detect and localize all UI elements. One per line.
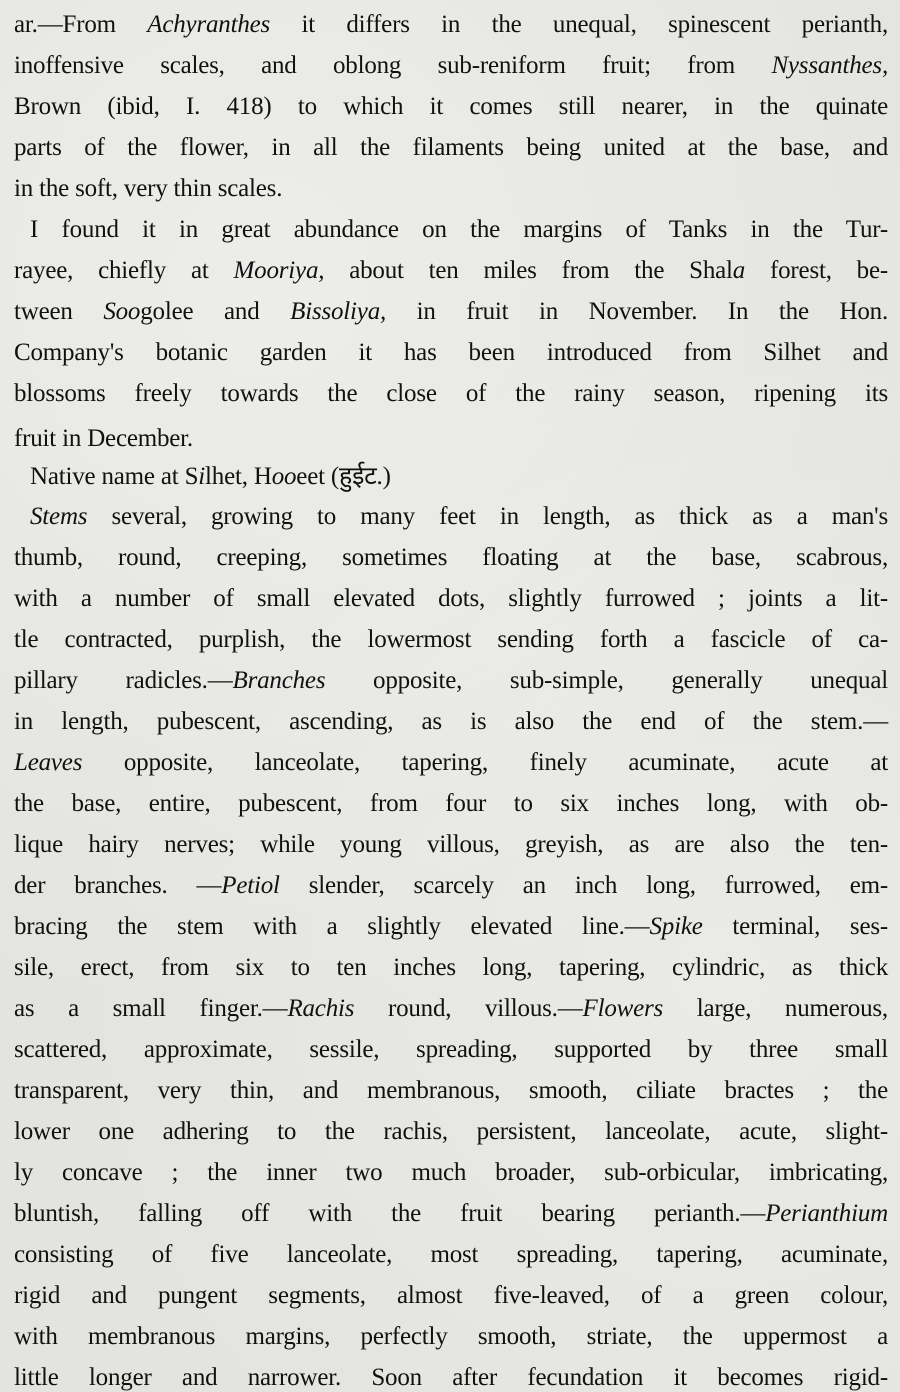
text-run: golee and [140, 298, 290, 325]
text-run: consisting of five lanceolate, most spre… [14, 1241, 888, 1268]
text-run: forest, be- [745, 257, 888, 284]
text-line: Company's botanic garden it has been int… [14, 338, 888, 368]
text-run: as a small finger.— [14, 995, 287, 1022]
text-line: with membranous margins, perfectly smoot… [14, 1322, 888, 1352]
text-run: fruit in December. [14, 425, 193, 452]
text-line: inoffensive scales, and oblong sub-renif… [14, 51, 888, 81]
text-line: scattered, approximate, sessile, spreadi… [14, 1035, 888, 1065]
text-run: bluntish, falling off with the fruit bea… [14, 1200, 765, 1227]
text-run: ly concave ; the inner two much broader,… [14, 1159, 888, 1186]
text-line: in the soft, very thin scales. [14, 174, 888, 204]
text-line: ar.—From Achyranthes it differs in the u… [14, 10, 888, 40]
text-run: the base, entire, pubescent, from four t… [14, 790, 888, 817]
text-line: fruit in December. [14, 424, 888, 454]
text-run: der branches. — [14, 872, 221, 899]
text-run: sile, erect, from six to ten inches long… [14, 954, 888, 981]
text-line: as a small finger.—Rachis round, villous… [14, 994, 888, 1024]
text-run: opposite, sub-simple, generally unequal [325, 667, 888, 694]
text-run: pillary radicles.— [14, 667, 233, 694]
text-run: inoffensive scales, and oblong sub-renif… [14, 52, 771, 79]
text-run: I found it in great abundance on the mar… [30, 216, 888, 243]
text-run: Company's botanic garden it has been int… [14, 339, 888, 366]
text-run: lhet, H [205, 463, 272, 490]
italic-term: Moo‌riya, [234, 257, 325, 284]
text-run: rigid and pungent segments, almost five-… [14, 1282, 888, 1309]
italic-term: Flowers [583, 995, 664, 1022]
text-run: Native name at S [30, 463, 198, 490]
text-run: parts of the flower, in all the filament… [14, 134, 888, 161]
text-line: blossoms freely towards the close of the… [14, 379, 888, 409]
text-run: tle contracted, purplish, the lowermost … [14, 626, 888, 653]
text-run: little longer and narrower. Soon after f… [14, 1364, 888, 1391]
text-line: Brown (ibid, I. 418) to which it comes s… [14, 92, 888, 122]
text-line: transparent, very thin, and membranous, … [14, 1076, 888, 1106]
text-line: in length, pubescent, ascending, as is a… [14, 707, 888, 737]
italic-term: Stems [30, 503, 87, 530]
text-run: ar.—From [14, 11, 147, 38]
text-run: opposite, lanceolate, tapering, finely a… [82, 749, 888, 776]
text-run: lique hairy nerves; while young villous,… [14, 831, 888, 858]
text-run: transparent, very thin, and membranous, … [14, 1077, 888, 1104]
text-line: tween Soogolee and Bissoliya, in fruit i… [14, 297, 888, 327]
text-line: with a number of small elevated dots, sl… [14, 584, 888, 614]
text-line: the base, entire, pubescent, from four t… [14, 789, 888, 819]
text-run: lower one adhering to the rachis, persis… [14, 1118, 888, 1145]
text-run: it differs in the unequal, spinescent pe… [270, 11, 888, 38]
italic-term: Rachis [287, 995, 354, 1022]
text-run: in fruit in November. In the Hon. [386, 298, 888, 325]
text-line: pillary radicles.—Branches opposite, sub… [14, 666, 888, 696]
text-line: Native name at Silhet, Hooeet (हुईट.) [30, 462, 888, 492]
text-run: thumb, round, creeping, sometimes floati… [14, 544, 888, 571]
italic-term: Leaves [14, 749, 82, 776]
text-run: scattered, approximate, sessile, spreadi… [14, 1036, 888, 1063]
italic-term: Soo [103, 298, 140, 325]
text-run: bracing the stem with a slightly elevate… [14, 913, 649, 940]
text-line: lique hairy nerves; while young villous,… [14, 830, 888, 860]
text-line: tle contracted, purplish, the lowermost … [14, 625, 888, 655]
text-run: several, growing to many feet in length,… [87, 503, 888, 530]
text-run: with a number of small elevated dots, sl… [14, 585, 888, 612]
text-line: lower one adhering to the rachis, persis… [14, 1117, 888, 1147]
italic-term: Achyranthes [147, 11, 270, 38]
italic-term: Branches [233, 667, 326, 694]
text-run: in the soft, very thin scales. [14, 175, 282, 202]
text-run: large, numerous, [663, 995, 888, 1022]
text-run: terminal, ses- [703, 913, 888, 940]
italic-term: oo [272, 463, 297, 490]
scanned-page: ar.—From Achyranthes it differs in the u… [0, 0, 900, 1392]
text-line: Stems several, growing to many feet in l… [30, 502, 888, 532]
text-run: slender, scarcely an inch long, furrowed… [280, 872, 888, 899]
text-run: Brown (ibid, I. 418) to which it comes s… [14, 93, 888, 120]
text-line: little longer and narrower. Soon after f… [14, 1363, 888, 1392]
text-line: rigid and pungent segments, almost five-… [14, 1281, 888, 1311]
text-run: eet (हुईट.) [296, 463, 390, 490]
text-line: der branches. —Petiol slender, scarcely … [14, 871, 888, 901]
text-run: in length, pubescent, ascending, as is a… [14, 708, 888, 735]
italic-term: a [733, 257, 745, 284]
text-line: rayee, chiefly at Moo‌riya, about ten mi… [14, 256, 888, 286]
italic-term: Bissoliya, [290, 298, 386, 325]
italic-term: Spike [649, 913, 702, 940]
text-line: bluntish, falling off with the fruit bea… [14, 1199, 888, 1229]
text-line: bracing the stem with a slightly elevate… [14, 912, 888, 942]
text-line: ly concave ; the inner two much broader,… [14, 1158, 888, 1188]
text-line: Leaves opposite, lanceolate, tapering, f… [14, 748, 888, 778]
text-line: consisting of five lanceolate, most spre… [14, 1240, 888, 1270]
text-line: parts of the flower, in all the filament… [14, 133, 888, 163]
text-run: about ten miles from the Shal [324, 257, 732, 284]
text-run: blossoms freely towards the close of the… [14, 380, 888, 407]
text-line: I found it in great abundance on the mar… [30, 215, 888, 245]
text-run: tween [14, 298, 103, 325]
text-line: sile, erect, from six to ten inches long… [14, 953, 888, 983]
text-run: round, villous.— [354, 995, 582, 1022]
text-run: rayee, chiefly at [14, 257, 234, 284]
text-line: thumb, round, creeping, sometimes floati… [14, 543, 888, 573]
text-run: with membranous margins, perfectly smoot… [14, 1323, 888, 1350]
italic-term: Nyssanthes, [771, 52, 888, 79]
italic-term: Perianthium [765, 1200, 888, 1227]
italic-term: Petiol [221, 872, 280, 899]
